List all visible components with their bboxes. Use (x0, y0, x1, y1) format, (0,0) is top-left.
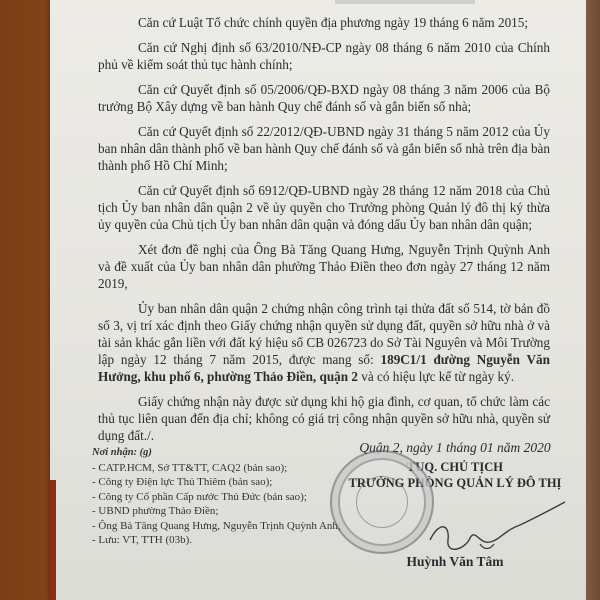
recipients-list: Nơi nhận: (g) - CATP.HCM, Sở TT&TT, CAQ2… (92, 446, 352, 548)
official-seal-icon (330, 450, 434, 554)
recipient-item: - UBND phường Thảo Điền; (92, 504, 352, 519)
legal-basis-2: Căn cứ Nghị định số 63/2010/NĐ-CP ngày 0… (98, 39, 550, 73)
recipient-item: - Công ty Điện lực Thủ Thiêm (bản sao); (92, 475, 352, 490)
document-body: Căn cứ Luật Tổ chức chính quyền địa phươ… (98, 14, 550, 452)
recipient-item: - Ông Bà Tăng Quang Hưng, Nguyễn Trịnh Q… (92, 519, 352, 534)
legal-basis-1: Căn cứ Luật Tổ chức chính quyền địa phươ… (98, 14, 550, 31)
paper-top-strip (335, 0, 475, 4)
legal-basis-5: Căn cứ Quyết định số 6912/QĐ-UBND ngày 2… (98, 182, 550, 233)
handwritten-signature-icon (420, 500, 570, 570)
recipient-item: - Công ty Cổ phần Cấp nước Thủ Đức (bản … (92, 490, 352, 505)
certification-paragraph: Ủy ban nhân dân quận 2 chứng nhận công t… (98, 300, 550, 385)
seal-emblem-icon (356, 476, 408, 528)
usage-note: Giấy chứng nhận này được sử dụng khi hộ … (98, 393, 550, 444)
recipient-item: - Lưu: VT, TTH (03b). (92, 533, 352, 548)
application-review: Xét đơn đề nghị của Ông Bà Tăng Quang Hư… (98, 241, 550, 292)
legal-basis-3: Căn cứ Quyết định số 05/2006/QĐ-BXD ngày… (98, 81, 550, 115)
legal-basis-4: Căn cứ Quyết định số 22/2012/QĐ-UBND ngà… (98, 123, 550, 174)
certification-validity: và có hiệu lực kể từ ngày ký. (358, 369, 514, 384)
recipient-item: - CATP.HCM, Sở TT&TT, CAQ2 (bản sao); (92, 461, 352, 476)
recipients-label: Nơi nhận: (g) (92, 446, 352, 461)
